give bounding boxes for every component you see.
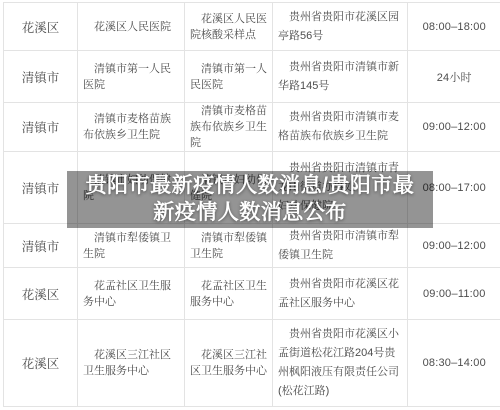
address-text: 贵州省贵阳市清镇市犁倭镇卫生院 (273, 227, 407, 265)
address-cell: 贵州省贵阳市花溪区花孟社区服务中心 (273, 268, 408, 320)
sampling-point-text: 花溪区三江社区卫生服务中心 (185, 347, 272, 379)
site-name-cell: 花溪区三江社区卫生服务中心 (78, 320, 185, 407)
district-cell: 清镇市 (4, 51, 78, 103)
headline-line-1: 贵阳市最新疫情人数消息/贵阳市最 (86, 173, 415, 200)
address-text: 贵州省贵阳市清镇市新华路145号 (273, 58, 407, 96)
address-text: 贵州省贵阳市花溪区园亭路56号 (273, 8, 407, 46)
site-name-cell: 清镇市第一人民医院 (78, 51, 185, 103)
address-cell: 贵州省贵阳市清镇市新华路145号 (273, 51, 408, 103)
site-name-text: 花溪区人民医院 (78, 19, 184, 35)
address-cell: 贵州省贵阳市花溪区园亭路56号 (273, 3, 408, 51)
address-cell: 贵州省贵阳市清镇市犁倭镇卫生院 (273, 224, 408, 268)
sampling-point-cell: 花孟社区卫生服务中心 (185, 268, 273, 320)
sampling-point-text: 清镇市犁倭镇卫生院 (185, 230, 272, 262)
site-name-text: 花溪区三江社区卫生服务中心 (78, 347, 184, 379)
site-name-cell: 清镇市麦格苗族布依族乡卫生院 (78, 103, 185, 152)
site-name-text: 清镇市犁倭镇卫生院 (78, 230, 184, 262)
sampling-point-text: 清镇市麦格苗族布依族乡卫生院 (185, 103, 272, 151)
table-row: 清镇市 清镇市犁倭镇卫生院 清镇市犁倭镇卫生院 贵州省贵阳市清镇市犁倭镇卫生院 … (4, 224, 500, 268)
sampling-point-cell: 清镇市犁倭镇卫生院 (185, 224, 273, 268)
hours-cell: 09:00–11:00 (408, 268, 500, 320)
address-text: 贵州省贵阳市花溪区花孟社区服务中心 (273, 275, 407, 313)
site-name-text: 清镇市麦格苗族布依族乡卫生院 (78, 111, 184, 143)
hours-cell: 24小时 (408, 51, 500, 103)
address-cell: 贵州省贵阳市花溪区小孟街道松花江路204号贵州枫阳液压有限责任公司(松花江路) (273, 320, 408, 407)
district-cell: 清镇市 (4, 224, 78, 268)
address-text: 贵州省贵阳市清镇市麦格苗族布依族乡卫生院 (273, 108, 407, 146)
site-name-text: 清镇市第一人民医院 (78, 61, 184, 93)
address-text: 贵州省贵阳市花溪区小孟街道松花江路204号贵州枫阳液压有限责任公司(松花江路) (273, 325, 407, 401)
table-row: 花溪区 花溪区人民医院 花溪区人民医院核酸采样点 贵州省贵阳市花溪区园亭路56号… (4, 3, 500, 51)
site-name-cell: 花溪区人民医院 (78, 3, 185, 51)
site-name-cell: 清镇市犁倭镇卫生院 (78, 224, 185, 268)
sampling-point-cell: 清镇市麦格苗族布依族乡卫生院 (185, 103, 273, 152)
hours-cell: 09:00–12:00 (408, 224, 500, 268)
hours-cell: 08:00–18:00 (408, 3, 500, 51)
hours-cell: 09:00–12:00 (408, 103, 500, 152)
hours-cell: 08:30–14:00 (408, 320, 500, 407)
table-row: 花溪区 花孟社区卫生服务中心 花孟社区卫生服务中心 贵州省贵阳市花溪区花孟社区服… (4, 268, 500, 320)
sampling-point-cell: 清镇市第一人民医院 (185, 51, 273, 103)
headline-line-2: 新疫情人数消息公布 (153, 200, 347, 227)
district-cell: 清镇市 (4, 103, 78, 152)
site-name-text: 花孟社区卫生服务中心 (78, 278, 184, 310)
screen: 花溪区 花溪区人民医院 花溪区人民医院核酸采样点 贵州省贵阳市花溪区园亭路56号… (0, 0, 500, 410)
table-row: 清镇市 清镇市第一人民医院 清镇市第一人民医院 贵州省贵阳市清镇市新华路145号… (4, 51, 500, 103)
sampling-point-cell: 花溪区三江社区卫生服务中心 (185, 320, 273, 407)
table-row: 清镇市 清镇市麦格苗族布依族乡卫生院 清镇市麦格苗族布依族乡卫生院 贵州省贵阳市… (4, 103, 500, 152)
district-cell: 花溪区 (4, 268, 78, 320)
sampling-point-text: 花孟社区卫生服务中心 (185, 278, 272, 310)
sampling-point-text: 清镇市第一人民医院 (185, 61, 272, 93)
district-cell: 花溪区 (4, 3, 78, 51)
sampling-point-text: 花溪区人民医院核酸采样点 (185, 11, 272, 43)
table-row: 花溪区 花溪区三江社区卫生服务中心 花溪区三江社区卫生服务中心 贵州省贵阳市花溪… (4, 320, 500, 407)
sampling-point-cell: 花溪区人民医院核酸采样点 (185, 3, 273, 51)
headline-overlay: 贵阳市最新疫情人数消息/贵阳市最 新疫情人数消息公布 (67, 171, 433, 228)
site-name-cell: 花孟社区卫生服务中心 (78, 268, 185, 320)
district-cell: 花溪区 (4, 320, 78, 407)
address-cell: 贵州省贵阳市清镇市麦格苗族布依族乡卫生院 (273, 103, 408, 152)
